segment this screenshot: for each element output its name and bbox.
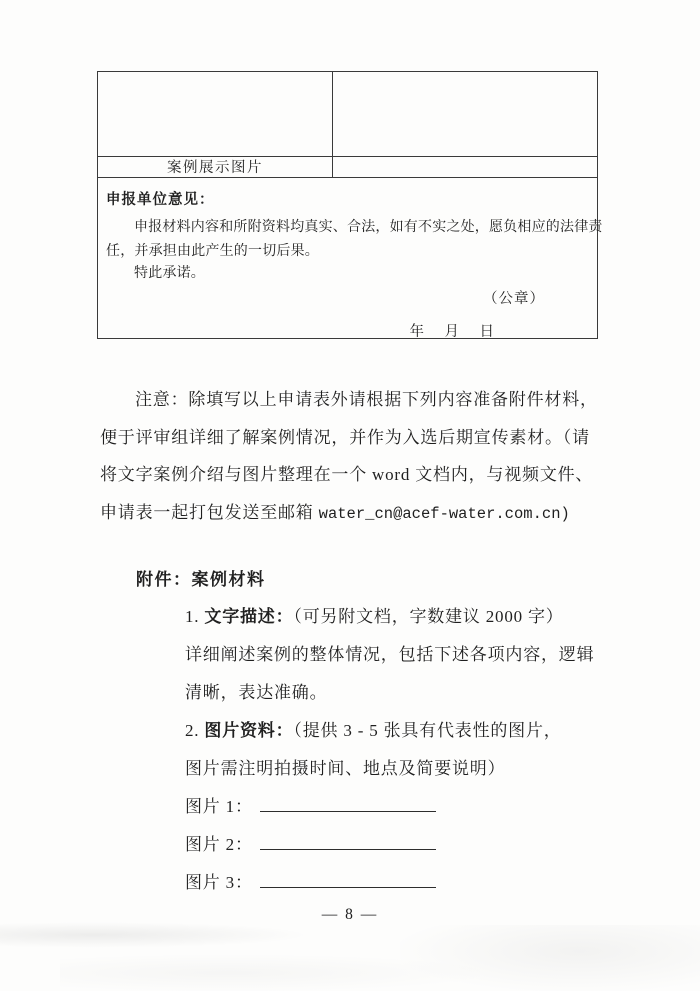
opinion-promise-text: 特此承诺。 xyxy=(106,262,205,282)
notice-line-4-text: 申请表一起打包发送至邮箱 xyxy=(100,503,319,522)
table-row-divider-2 xyxy=(98,177,597,178)
photo-3-blank-line xyxy=(260,874,436,888)
photo-2-row: 图片 2： xyxy=(185,826,615,864)
attachment-heading: 附件：案例材料 xyxy=(136,565,266,590)
photo-3-label: 图片 3： xyxy=(185,873,253,892)
contact-email: water_cn@acef-water.com.cn) xyxy=(319,505,570,523)
item-1-number: 1. xyxy=(185,607,204,626)
item-1-head: 文字描述： xyxy=(204,607,293,626)
notice-line-4: 申请表一起打包发送至邮箱 water_cn@acef-water.com.cn) xyxy=(100,494,605,534)
application-form-table: 案例展示图片 申报单位意见： 申报材料内容和所附资料均真实、合法，如有不实之处，… xyxy=(97,71,598,339)
scan-smudge xyxy=(0,922,310,948)
item-2-tail: （提供 3 - 5 张具有代表性的图片， xyxy=(293,721,561,740)
notice-paragraph: 注意：除填写以上申请表外请根据下列内容准备附件材料， 便于评审组详细了解案例情况… xyxy=(100,381,605,533)
item-1-tail: （可另附文档，字数建议 2000 字） xyxy=(293,607,563,626)
declaring-unit-opinion-title: 申报单位意见： xyxy=(106,188,215,209)
attachment-item-1-title: 1. 文字描述：（可另附文档，字数建议 2000 字） xyxy=(185,598,615,636)
attachment-item-1-line-2: 详细阐述案例的整体情况，包括下述各项内容，逻辑 xyxy=(185,636,615,674)
scan-smudge xyxy=(60,955,480,991)
photo-2-label: 图片 2： xyxy=(185,835,253,854)
photo-1-label: 图片 1： xyxy=(185,797,253,816)
photo-1-row: 图片 1： xyxy=(185,788,615,826)
page-number: — 8 — xyxy=(0,906,700,924)
photo-1-blank-line xyxy=(260,798,436,812)
scan-smudge xyxy=(400,925,700,991)
photo-2-blank-line xyxy=(260,836,436,850)
scanned-document-page: 案例展示图片 申报单位意见： 申报材料内容和所附资料均真实、合法，如有不实之处，… xyxy=(0,0,700,991)
notice-line-1: 注意：除填写以上申请表外请根据下列内容准备附件材料， xyxy=(100,381,605,419)
attachment-item-2-title: 2. 图片资料：（提供 3 - 5 张具有代表性的图片， xyxy=(185,712,615,750)
attachment-item-1-line-3: 清晰，表达准确。 xyxy=(185,674,615,712)
notice-line-2: 便于评审组详细了解案例情况，并作为入选后期宣传素材。（请 xyxy=(100,419,605,457)
opinion-statement-line-1: 申报材料内容和所附资料均真实、合法，如有不实之处，愿负相应的法律责 xyxy=(106,216,603,236)
notice-line-3: 将文字案例介绍与图片整理在一个 word 文档内，与视频文件、 xyxy=(100,456,605,494)
case-display-images-label-cell: 案例展示图片 xyxy=(98,156,332,177)
item-2-head: 图片资料： xyxy=(204,721,293,740)
opinion-statement-line-2: 任，并承担由此产生的一切后果。 xyxy=(106,240,319,260)
table-column-divider xyxy=(332,72,333,177)
date-placeholder: 年 月 日 xyxy=(410,320,498,341)
official-seal-placeholder: （公章） xyxy=(483,287,545,308)
attachment-list: 1. 文字描述：（可另附文档，字数建议 2000 字） 详细阐述案例的整体情况，… xyxy=(185,598,615,902)
item-2-number: 2. xyxy=(185,721,204,740)
photo-3-row: 图片 3： xyxy=(185,864,615,902)
attachment-item-2-line-2: 图片需注明拍摄时间、地点及简要说明） xyxy=(185,750,615,788)
